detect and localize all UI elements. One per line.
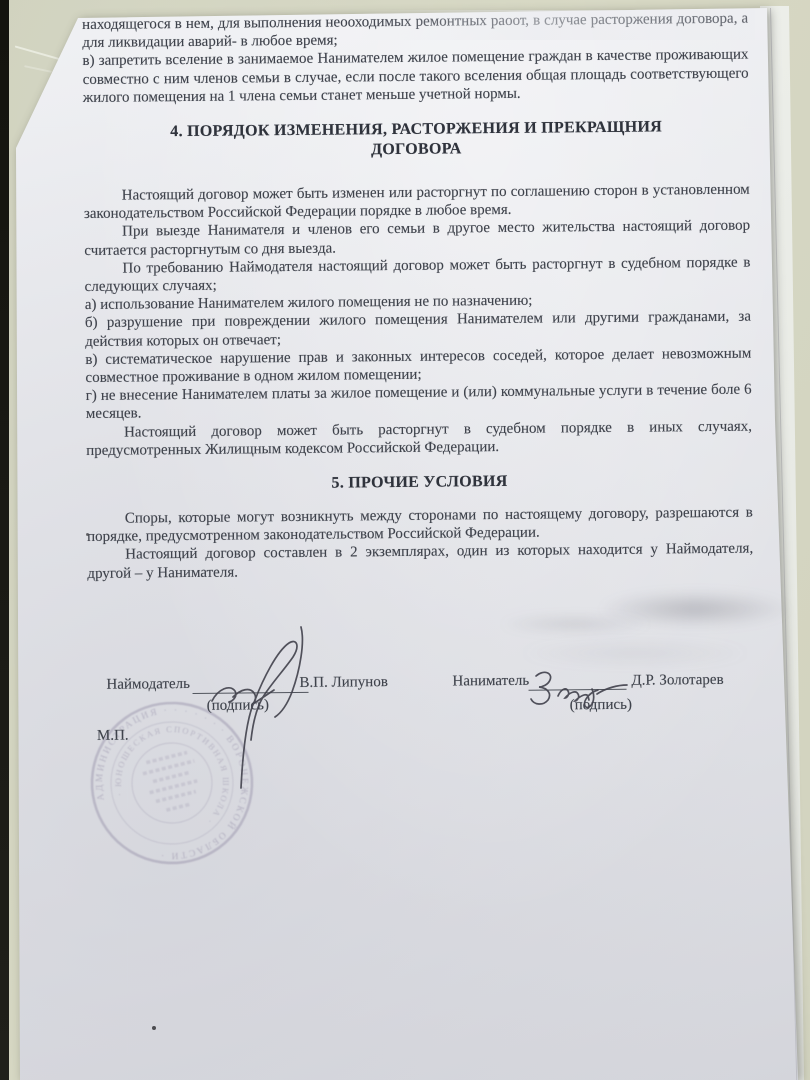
section-4-heading: 4. ПОРЯДОК ИЗМЕНЕНИЯ, РАСТОРЖЕНИЯ И ПРЕК… [83,117,749,163]
tenant-name: Д.Р. Золотарев [631,671,723,690]
seal-place-mark: М.П. [97,727,129,746]
paper-speck [86,533,89,536]
contract-paragraph: Настоящий договор составлен в 2 экземпля… [87,540,753,583]
landlord-name: В.П. Липунов [299,673,388,692]
section-5-heading: 5. ПРОЧИЕ УСЛОВИЯ [86,470,752,496]
tenant-signature-caption: (подпись) [570,696,632,715]
landlord-signature-caption: (подпись) [207,696,269,715]
document-photo: АДМИНИСТРАЦИЯ · · · · · · · ВОРОНЕЖСКОЙ … [0,0,810,1080]
tenant-role-label: Наниматель [452,672,529,691]
contract-clause-v: в) запретить вселение в занимаемое Наним… [82,46,748,107]
landlord-signature-line [192,674,308,694]
paper-speck [152,1026,156,1030]
tenant-signature-line [528,671,626,691]
contract-paragraph: Настоящий договор может быть расторгнут … [86,417,752,460]
landlord-role-label: Наймодатель [106,675,190,694]
contract-text-block: находящегося в нем, для выполнения неоох… [82,6,753,583]
